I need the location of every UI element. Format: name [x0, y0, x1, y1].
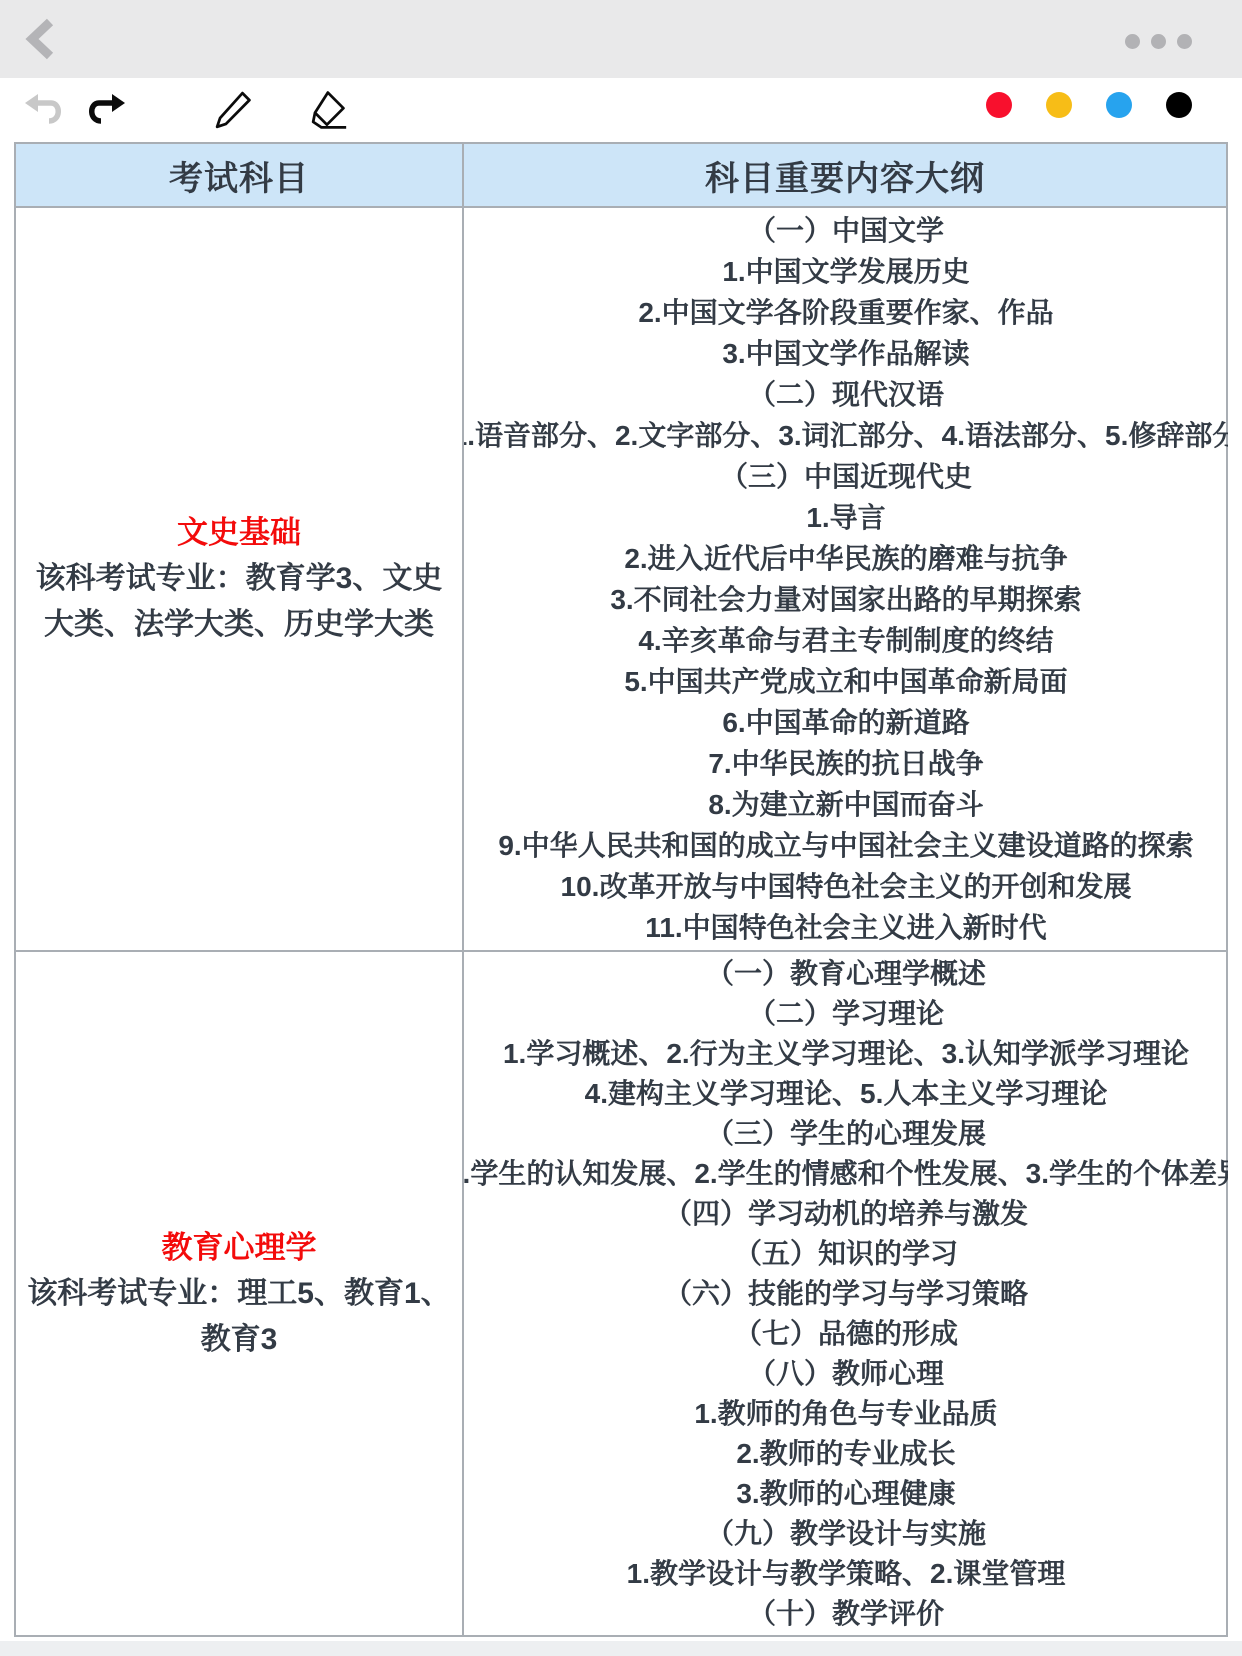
outline-line: 9.中华人民共和国的成立与中国社会主义建设道路的探索	[498, 825, 1193, 866]
table-row-2-outline-cell: （一）教育心理学概述（二）学习理论1.学习概述、2.行为主义学习理论、3.认知学…	[462, 950, 1228, 1635]
undo-arrow-icon	[21, 92, 63, 128]
outline-line: 1.教师的角色与专业品质	[694, 1394, 997, 1434]
exam-subjects-table: 考试科目 科目重要内容大纲 文史基础 该科考试专业：教育学3、文史大类、法学大类…	[14, 142, 1228, 1637]
ellipsis-dot	[1151, 34, 1166, 49]
eraser-icon	[303, 88, 349, 132]
redo-arrow-icon	[87, 92, 129, 128]
outline-line: （六）技能的学习与学习策略	[664, 1274, 1028, 1314]
chevron-left-icon	[24, 18, 58, 60]
undo-button[interactable]	[18, 86, 66, 134]
column-header-label: 科目重要内容大纲	[705, 151, 985, 200]
outline-line: 6.中国革命的新道路	[722, 702, 969, 743]
outline-line: 4.辛亥革命与君主专制制度的终结	[638, 620, 1053, 661]
outline-line: （二）现代汉语	[748, 374, 944, 415]
table-row-1-subject-cell: 文史基础 该科考试专业：教育学3、文史大类、法学大类、历史学大类	[16, 206, 462, 950]
column-header-label: 考试科目	[169, 151, 309, 200]
outline-line: 5.中国共产党成立和中国革命新局面	[624, 661, 1067, 702]
subject-majors: 该科考试专业：教育学3、文史大类、法学大类、历史学大类	[24, 556, 454, 648]
outline-line: 7.中华民族的抗日战争	[708, 743, 983, 784]
outline-line: （三）学生的心理发展	[706, 1114, 986, 1154]
outline-line: 1.语音部分、2.文字部分、3.词汇部分、4.语法部分、5.修辞部分	[462, 415, 1228, 456]
outline-line: （七）品德的形成	[734, 1314, 958, 1354]
outline-line: （三）中国近现代史	[720, 456, 972, 497]
pen-tool-button[interactable]	[210, 86, 258, 134]
outline-line: 11.中国特色社会主义进入新时代	[645, 907, 1046, 948]
eraser-tool-button[interactable]	[302, 86, 350, 134]
outline-line: （一）中国文学	[748, 210, 944, 251]
redo-button[interactable]	[84, 86, 132, 134]
ellipsis-dot	[1125, 34, 1140, 49]
subject-majors: 该科考试专业：理工5、教育1、教育3	[24, 1271, 454, 1363]
outline-line: 1.学习概述、2.行为主义学习理论、3.认知学派学习理论	[503, 1034, 1189, 1074]
subject-title: 教育心理学	[162, 1225, 317, 1271]
color-swatch-blue[interactable]	[1106, 92, 1132, 118]
outline-line: （五）知识的学习	[734, 1234, 958, 1274]
outline-line: （二）学习理论	[748, 994, 944, 1034]
color-swatch-black[interactable]	[1166, 92, 1192, 118]
outline-line: 2.教师的专业成长	[736, 1434, 955, 1474]
outline-line: 4.建构主义学习理论、5.人本主义学习理论	[585, 1074, 1108, 1114]
top-navigation-bar	[0, 0, 1242, 78]
column-header-outline: 科目重要内容大纲	[462, 144, 1226, 206]
outline-line: 1.教学设计与教学策略、2.课堂管理	[627, 1554, 1066, 1594]
outline-line: 1.导言	[806, 497, 885, 538]
ellipsis-dot	[1177, 34, 1192, 49]
outline-line: 8.为建立新中国而奋斗	[708, 784, 983, 825]
table-row-1-outline-cell: （一）中国文学1.中国文学发展历史2.中国文学各阶段重要作家、作品3.中国文学作…	[462, 206, 1228, 950]
outline-line: （八）教师心理	[748, 1354, 944, 1394]
color-swatch-yellow[interactable]	[1046, 92, 1072, 118]
outline-line: 3.教师的心理健康	[736, 1474, 955, 1514]
outline-line: （四）学习动机的培养与激发	[664, 1194, 1028, 1234]
annotation-toolbar	[0, 78, 1242, 142]
column-header-subject: 考试科目	[16, 144, 462, 206]
pen-color-palette	[986, 92, 1192, 118]
outline-line: 3.不同社会力量对国家出路的早期探索	[610, 579, 1081, 620]
back-button[interactable]	[24, 18, 58, 60]
outline-line: 3.中国文学作品解读	[722, 333, 969, 374]
outline-line: （十）教学评价	[748, 1594, 944, 1634]
color-swatch-red[interactable]	[986, 92, 1012, 118]
outline-line: （一）教育心理学概述	[706, 954, 986, 994]
outline-line: 1.中国文学发展历史	[722, 251, 969, 292]
outline-line: 2.中国文学各阶段重要作家、作品	[638, 292, 1053, 333]
outline-line: 2.进入近代后中华民族的磨难与抗争	[624, 538, 1067, 579]
more-options-button[interactable]	[1125, 34, 1192, 49]
outline-line: 1.学生的认知发展、2.学生的情感和个性发展、3.学生的个体差异	[462, 1154, 1228, 1194]
pen-icon	[212, 88, 256, 132]
table-row-2-subject-cell: 教育心理学 该科考试专业：理工5、教育1、教育3	[16, 950, 462, 1635]
subject-title: 文史基础	[177, 510, 301, 556]
outline-line: （九）教学设计与实施	[706, 1514, 986, 1554]
outline-line: 10.改革开放与中国特色社会主义的开创和发展	[561, 866, 1132, 907]
page-bottom-edge	[0, 1641, 1242, 1656]
